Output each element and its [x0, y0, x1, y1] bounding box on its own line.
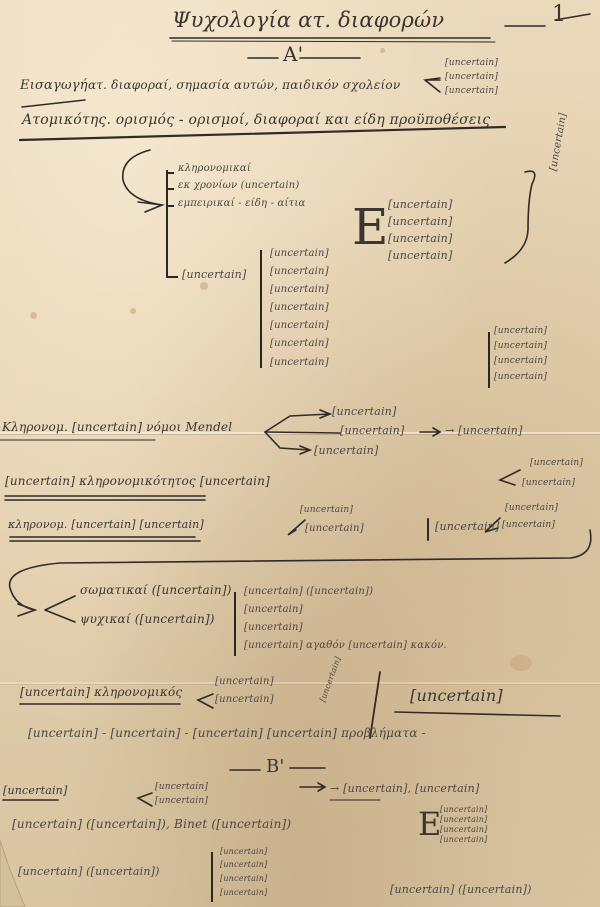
section-a-heading: Α' [283, 42, 303, 66]
heading-atomikotis: Ατομικότης. ορισμός - ορισμοί, διαφοραί … [22, 112, 490, 128]
bracket-e: E [418, 808, 442, 840]
physical-item: σωματικαί ([uncertain]) [80, 583, 232, 597]
paper-fold-line [0, 682, 600, 684]
right-item: [uncertain] [494, 341, 547, 351]
stain [380, 48, 385, 53]
b-branch: [uncertain] [155, 796, 208, 806]
section-b-heading: Β' [266, 756, 285, 777]
tree-item: εμπειρικαί - είδη - αίτια [178, 198, 305, 209]
intro-branch: [uncertain] [445, 72, 498, 82]
phys-sub: [uncertain] [244, 622, 303, 633]
line-8-branch: [uncertain] [215, 676, 274, 687]
bracket-tick [166, 172, 174, 174]
stain [510, 655, 532, 671]
bracket [488, 332, 490, 388]
mendel-result: → [uncertain] [445, 424, 523, 437]
bracket-tick [166, 205, 174, 207]
list-item: [uncertain] [270, 357, 329, 368]
page-number: 1 [552, 2, 566, 27]
tree-item: εκ χρονίων (uncertain) [178, 180, 299, 191]
list-item: [uncertain] [270, 320, 329, 331]
last-sub: [uncertain] [220, 860, 267, 869]
binet-sub: [uncertain] [440, 835, 487, 844]
note-mid: [uncertain] [305, 523, 364, 534]
right-branch: [uncertain] [502, 520, 555, 530]
note-right: [uncertain] [435, 520, 499, 533]
binet-sub: [uncertain] [440, 805, 487, 814]
last-sub: [uncertain] [220, 874, 267, 883]
phys-sub: [uncertain] αγαθόν [uncertain] κακόν. [244, 640, 447, 651]
stain [30, 312, 37, 319]
right-item: [uncertain] [494, 356, 547, 366]
line-8-right: [uncertain] [410, 686, 503, 705]
heredity-branch: [uncertain] [530, 458, 583, 468]
stain [130, 308, 136, 314]
mendel-branch: [uncertain] [340, 424, 404, 437]
note-above: [uncertain] [300, 505, 353, 515]
bracket-e: E [352, 202, 389, 252]
mendel-branch: [uncertain] [314, 444, 378, 457]
last-right: [uncertain] ([uncertain]) [390, 883, 532, 896]
b-right: → [uncertain], [uncertain] [330, 782, 479, 795]
bracket-tick [166, 276, 178, 278]
b-branch: [uncertain] [155, 782, 208, 792]
intro-branch: [uncertain] [445, 58, 498, 68]
line-9: [uncertain] - [uncertain] - [uncertain] … [28, 726, 426, 740]
bracket-tick [166, 188, 174, 190]
bracket [234, 592, 236, 656]
intro-branch: [uncertain] [445, 86, 498, 96]
list-item: [uncertain] [270, 338, 329, 349]
mendel-branch: [uncertain] [332, 405, 396, 418]
right-item: [uncertain] [494, 372, 547, 382]
b-label: [uncertain] [3, 784, 67, 797]
last-line: [uncertain] ([uncertain]) [18, 865, 160, 878]
binet-sub: [uncertain] [440, 825, 487, 834]
line-8-label: [uncertain] κληρονομικός [20, 685, 182, 699]
binet-line: [uncertain] ([uncertain]), Binet ([uncer… [12, 817, 291, 831]
heredity-line-2: κληρονομ. [uncertain] [uncertain] [8, 518, 204, 531]
tree-item: [uncertain] [182, 268, 246, 281]
sub-item: [uncertain] [388, 232, 452, 245]
line-8-branch: [uncertain] [215, 694, 274, 705]
bracket [166, 170, 168, 278]
list-item: [uncertain] [270, 266, 329, 277]
paper-background [0, 0, 600, 907]
last-sub: [uncertain] [220, 888, 267, 897]
intro-label: Εισαγωγή [20, 78, 88, 93]
last-sub: [uncertain] [220, 847, 267, 856]
mendel-label: Κληρονομ. [uncertain] νόμοι Mendel [2, 420, 232, 434]
heredity-line: [uncertain] κληρονομικότητος [uncertain] [5, 474, 270, 488]
page-title: Ψυχολογία ατ. διαφορών [172, 8, 444, 32]
sub-item: [uncertain] [388, 249, 452, 262]
phys-sub: [uncertain] [244, 604, 303, 615]
bracket [260, 250, 262, 368]
bracket [211, 852, 213, 902]
right-branch: [uncertain] [505, 503, 558, 513]
heredity-branch: [uncertain] [522, 478, 575, 488]
sub-item: [uncertain] [388, 198, 452, 211]
tree-item: κληρονομικαί [178, 163, 251, 174]
list-item: [uncertain] [270, 248, 329, 259]
list-item: [uncertain] [270, 302, 329, 313]
intro-text: ατ. διαφοραί, σημασία αυτών, παιδικόν σχ… [88, 78, 400, 92]
list-item: [uncertain] [270, 284, 329, 295]
stain [200, 282, 208, 290]
right-item: [uncertain] [494, 326, 547, 336]
sub-item: [uncertain] [388, 215, 452, 228]
binet-sub: [uncertain] [440, 815, 487, 824]
phys-sub: [uncertain] ([uncertain]) [244, 586, 373, 597]
psychical-item: ψυχικαί ([uncertain]) [80, 612, 215, 626]
